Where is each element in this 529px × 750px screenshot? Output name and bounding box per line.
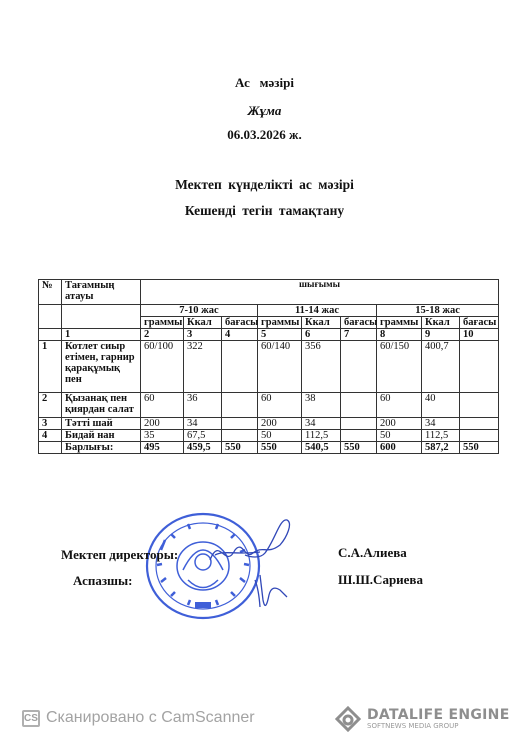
table-row: 4Бидай нан3567,550112,550112,5 <box>39 430 499 442</box>
blank-cell <box>39 305 62 329</box>
age-group-header: 11-14 жас <box>258 305 377 317</box>
blank-cell <box>39 442 62 454</box>
total-row: Барлығы:495459,5550550540,5550600587,255… <box>39 442 499 454</box>
menu-table: № Тағамның атауы шығымы 7-10 жас 11-14 ж… <box>38 279 499 454</box>
column-number: 1 <box>62 329 141 341</box>
sub-header: Ккал <box>422 317 460 329</box>
total-value: 459,5 <box>184 442 222 454</box>
director-name: С.А.Алиева <box>338 545 407 561</box>
weekday: Жұма <box>0 103 529 119</box>
total-value: 550 <box>341 442 377 454</box>
sub-header: бағасы <box>460 317 499 329</box>
cell-value: 36 <box>184 393 222 418</box>
col-header-no: № <box>39 280 62 305</box>
cell-value: 50 <box>377 430 422 442</box>
total-value: 600 <box>377 442 422 454</box>
director-label: Мектеп директоры: <box>61 547 178 563</box>
total-value: 540,5 <box>302 442 341 454</box>
cell-value: 60 <box>258 393 302 418</box>
column-number: 7 <box>341 329 377 341</box>
cell-value <box>222 341 258 393</box>
cell-value <box>341 341 377 393</box>
column-number: 9 <box>422 329 460 341</box>
column-number: 6 <box>302 329 341 341</box>
row-number: 4 <box>39 430 62 442</box>
cell-value <box>460 418 499 430</box>
cell-value: 60 <box>141 393 184 418</box>
menu-date: 06.03.2026 ж. <box>0 127 529 143</box>
column-number: 8 <box>377 329 422 341</box>
dish-name: Тәтті шай <box>62 418 141 430</box>
cell-value <box>341 393 377 418</box>
blank-cell <box>39 329 62 341</box>
datalife-subtitle: SOFTNEWS MEDIA GROUP <box>367 722 510 730</box>
total-value: 550 <box>258 442 302 454</box>
row-number: 3 <box>39 418 62 430</box>
dish-name: Котлет сиыр етімен, гарнир қарақұмық пен <box>62 341 141 393</box>
menu-subtitle: Мектеп күнделікті ас мәзірі <box>0 177 529 193</box>
total-label: Барлығы: <box>62 442 141 454</box>
cell-value: 112,5 <box>422 430 460 442</box>
cell-value: 400,7 <box>422 341 460 393</box>
cell-value: 67,5 <box>184 430 222 442</box>
cell-value <box>341 418 377 430</box>
cell-value: 34 <box>302 418 341 430</box>
column-number: 3 <box>184 329 222 341</box>
cell-value: 60/140 <box>258 341 302 393</box>
column-number: 4 <box>222 329 258 341</box>
signature <box>205 515 295 615</box>
datalife-logo-icon <box>335 706 361 732</box>
total-value: 495 <box>141 442 184 454</box>
camscanner-text: Сканировано с CamScanner <box>46 709 255 727</box>
cell-value: 200 <box>141 418 184 430</box>
column-number: 5 <box>258 329 302 341</box>
column-number: 2 <box>141 329 184 341</box>
sub-header: Ккал <box>302 317 341 329</box>
cell-value: 38 <box>302 393 341 418</box>
cell-value <box>460 430 499 442</box>
col-header-output: шығымы <box>141 280 499 305</box>
meal-program: Кешенді тегін тамақтану <box>0 203 529 219</box>
cell-value: 60/150 <box>377 341 422 393</box>
cell-value: 40 <box>422 393 460 418</box>
cell-value <box>341 430 377 442</box>
cell-value: 322 <box>184 341 222 393</box>
cell-value: 35 <box>141 430 184 442</box>
dish-name: Қызанақ пен қиярдан салат <box>62 393 141 418</box>
camscanner-watermark: CS Сканировано с CamScanner <box>22 709 255 727</box>
cell-value <box>460 341 499 393</box>
cell-value: 34 <box>184 418 222 430</box>
cell-value <box>222 418 258 430</box>
cell-value: 34 <box>422 418 460 430</box>
age-group-header: 7-10 жас <box>141 305 258 317</box>
sub-header: бағасы <box>341 317 377 329</box>
total-value: 550 <box>222 442 258 454</box>
table-row: 3Тәтті шай200342003420034 <box>39 418 499 430</box>
camscanner-icon: CS <box>22 710 40 727</box>
total-value: 550 <box>460 442 499 454</box>
datalife-title: DATALIFE ENGINE <box>367 708 510 722</box>
row-number: 1 <box>39 341 62 393</box>
menu-title: Ас мәзірі <box>0 75 529 91</box>
cell-value: 200 <box>377 418 422 430</box>
sub-header: бағасы <box>222 317 258 329</box>
cell-value: 200 <box>258 418 302 430</box>
cell-value: 50 <box>258 430 302 442</box>
table-row: 1Котлет сиыр етімен, гарнир қарақұмық пе… <box>39 341 499 393</box>
cell-value: 112,5 <box>302 430 341 442</box>
cell-value: 356 <box>302 341 341 393</box>
sub-header: граммы <box>141 317 184 329</box>
cook-label: Аспазшы: <box>73 573 133 589</box>
sub-header: Ккал <box>184 317 222 329</box>
cell-value <box>222 393 258 418</box>
row-number: 2 <box>39 393 62 418</box>
cell-value <box>460 393 499 418</box>
table-row: 2Қызанақ пен қиярдан салат603660386040 <box>39 393 499 418</box>
cook-name: Ш.Ш.Сариева <box>338 572 423 588</box>
sub-header: граммы <box>377 317 422 329</box>
dish-name: Бидай нан <box>62 430 141 442</box>
cell-value: 60/100 <box>141 341 184 393</box>
cell-value: 60 <box>377 393 422 418</box>
cell-value <box>222 430 258 442</box>
age-group-header: 15-18 жас <box>377 305 499 317</box>
column-number: 10 <box>460 329 499 341</box>
col-header-name: Тағамның атауы <box>62 280 141 305</box>
sub-header: граммы <box>258 317 302 329</box>
datalife-watermark: DATALIFE ENGINE SOFTNEWS MEDIA GROUP <box>335 706 510 732</box>
total-value: 587,2 <box>422 442 460 454</box>
blank-cell <box>62 305 141 329</box>
